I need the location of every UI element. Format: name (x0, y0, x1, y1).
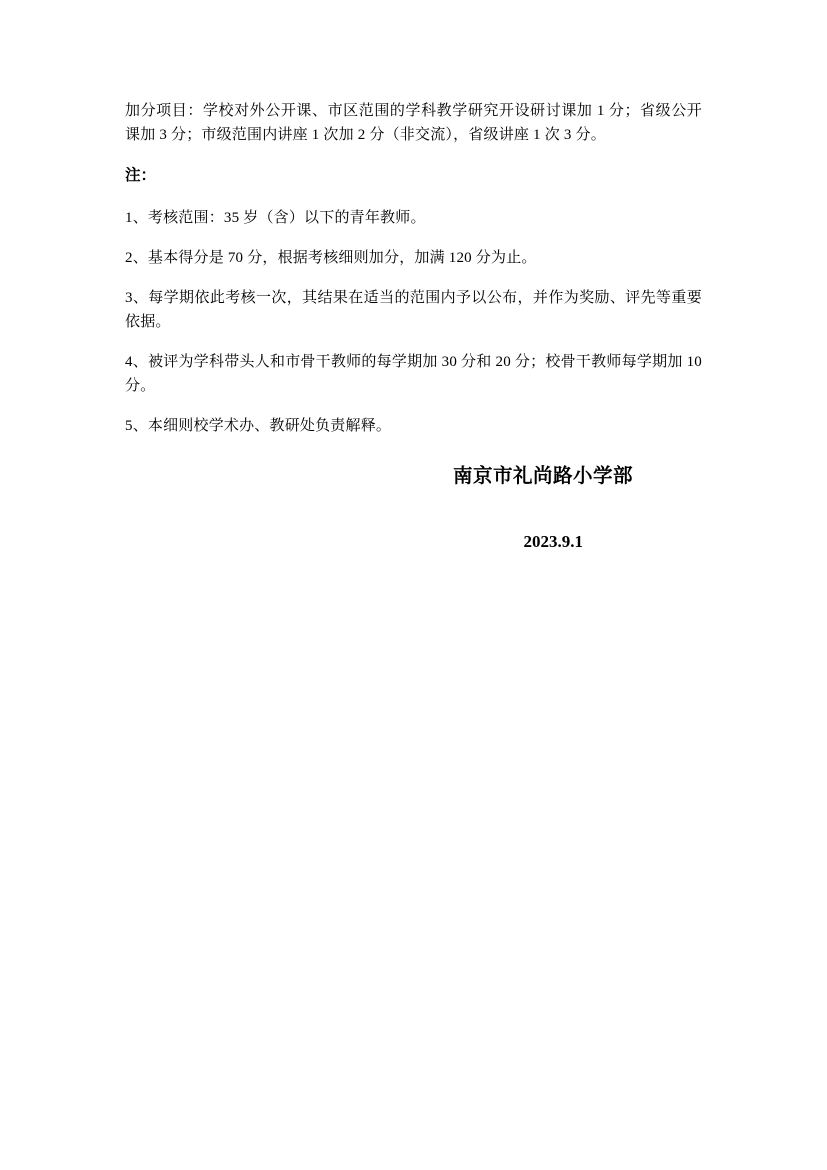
bonus-items-paragraph: 加分项目：学校对外公开课、市区范围的学科教学研究开设研讨课加 1 分；省级公开课… (125, 99, 702, 147)
document-page: 加分项目：学校对外公开课、市区范围的学科教学研究开设研讨课加 1 分；省级公开课… (0, 0, 827, 1170)
notes-heading: 注： (125, 164, 702, 188)
note-item-3: 3、每学期依此考核一次，其结果在适当的范围内予以公布，并作为奖励、评先等重要依据… (125, 286, 702, 334)
school-signature: 南京市礼尚路小学部 (125, 463, 702, 491)
note-item-4: 4、被评为学科带头人和市骨干教师的每学期加 30 分和 20 分；校骨干教师每学… (125, 350, 702, 398)
note-item-2: 2、基本得分是 70 分，根据考核细则加分，加满 120 分为止。 (125, 246, 702, 270)
document-date: 2023.9.1 (125, 530, 702, 554)
note-item-1: 1、考核范围：35 岁（含）以下的青年教师。 (125, 206, 702, 230)
note-item-5: 5、本细则校学术办、教研处负责解释。 (125, 414, 702, 438)
